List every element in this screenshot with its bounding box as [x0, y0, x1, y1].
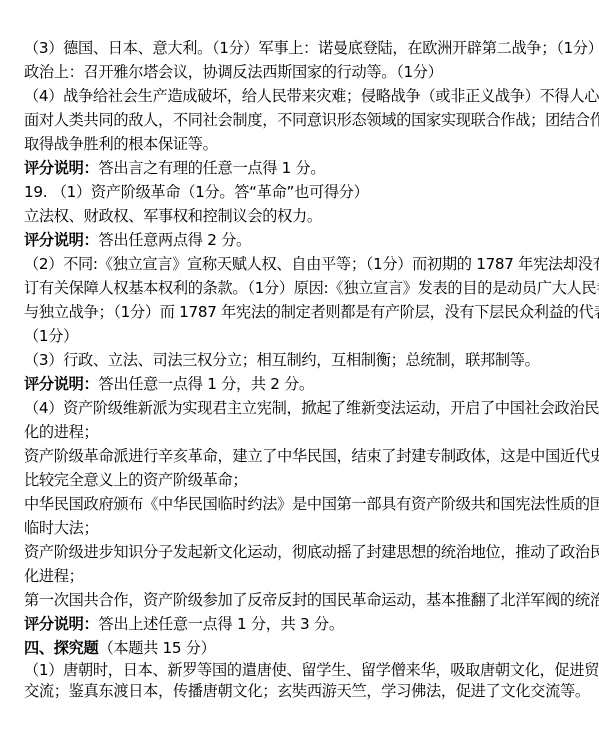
scoring-note-line: 评分说明：答出任意两点得 2 分。 [24, 228, 584, 252]
line-text: 订有关保障人权基本权利的条款。（1分）原因:《独立宣言》发表的目的是动员广大人民… [24, 279, 599, 297]
bold-label: 评分说明： [24, 231, 98, 249]
bold-label: 评分说明： [24, 375, 98, 393]
line-text: 中华民国政府颁布《中华民国临时约法》是中国第一部具有资产阶级共和国宪法性质的国家 [24, 495, 599, 513]
text-line: 面对人类共同的敌人，不同社会制度，不同意识形态领域的国家实现联合作战；团结合作是 [24, 108, 584, 132]
line-text: （2）不同:《独立宣言》宣称天赋人权、自由平等；（1分）而初期的 1787 年宪… [24, 255, 599, 273]
line-text: 取得战争胜利的根本保证等。 [24, 135, 218, 153]
scoring-note-line: 评分说明：答出任意一点得 1 分，共 2 分。 [24, 372, 584, 396]
answer-document: （3）德国、日本、意大利。（1分）军事上：诺曼底登陆，在欧洲开辟第二战争；（1分… [24, 36, 584, 702]
text-line: 化进程； [24, 564, 584, 588]
scoring-note-line: 评分说明：答出言之有理的任意一点得 1 分。 [24, 156, 584, 180]
line-text: 临时大法； [24, 519, 98, 537]
line-text: （3）行政、立法、司法三权分立；相互制约，互相制衡；总统制，联邦制等。 [24, 351, 540, 369]
text-line: （3）行政、立法、司法三权分立；相互制约，互相制衡；总统制，联邦制等。 [24, 348, 584, 372]
line-text: （3）德国、日本、意大利。（1分）军事上：诺曼底登陆，在欧洲开辟第二战争；（1分… [24, 39, 599, 57]
line-text: 19. （1）资产阶级革命（1分。答“革命”也可得分） [24, 183, 369, 201]
text-line: （4）战争给社会生产造成破坏，给人民带来灾难；侵略战争（或非正义战争）不得人心； [24, 84, 584, 108]
line-text: 化进程； [24, 567, 84, 585]
text-line: 与独立战争；（1分）而 1787 年宪法的制定者则都是有产阶层，没有下层民众利益… [24, 300, 584, 324]
text-line: （3）德国、日本、意大利。（1分）军事上：诺曼底登陆，在欧洲开辟第二战争；（1分… [24, 36, 584, 60]
scoring-note-line: 评分说明：答出上述任意一点得 1 分，共 3 分。 [24, 612, 584, 636]
text-line: 立法权、财政权、军事权和控制议会的权力。 [24, 204, 584, 228]
text-line: 资产阶级革命派进行辛亥革命，建立了中华民国，结束了封建专制政体，这是中国近代史上 [24, 444, 584, 468]
text-line: （4）资产阶级维新派为实现君主立宪制，掀起了维新变法运动，开启了中国社会政治民主 [24, 396, 584, 420]
text-line: 资产阶级进步知识分子发起新文化运动，彻底动摇了封建思想的统治地位，推动了政治民主 [24, 540, 584, 564]
line-text: 面对人类共同的敌人，不同社会制度，不同意识形态领域的国家实现联合作战；团结合作是 [24, 111, 599, 129]
text-line: 化的进程； [24, 420, 584, 444]
line-text: 答出任意一点得 1 分，共 2 分。 [98, 375, 314, 393]
bold-label: 评分说明： [24, 615, 98, 633]
text-line: 取得战争胜利的根本保证等。 [24, 132, 584, 156]
text-line: （1）唐朝时，日本、新罗等国的遣唐使、留学生、留学僧来华，吸取唐朝文化，促进贸易 [24, 660, 584, 681]
text-line: （1分） [24, 324, 584, 348]
line-text: （4）战争给社会生产造成破坏，给人民带来灾难；侵略战争（或非正义战争）不得人心； [24, 87, 599, 105]
line-text: 资产阶级进步知识分子发起新文化运动，彻底动摇了封建思想的统治地位，推动了政治民主 [24, 543, 599, 561]
scoring-note-line: 四、探究题（本题共 15 分） [24, 636, 584, 660]
line-text: 答出言之有理的任意一点得 1 分。 [98, 159, 325, 177]
line-text: （本题共 15 分） [98, 639, 215, 657]
text-line: 交流；鉴真东渡日本，传播唐朝文化；玄奘西游天竺，学习佛法，促进了文化交流等。 [24, 681, 584, 702]
text-line: 政治上：召开雅尔塔会议，协调反法西斯国家的行动等。（1分） [24, 60, 584, 84]
bold-label: 评分说明： [24, 159, 98, 177]
bold-label: 四、探究题 [24, 639, 98, 657]
line-text: 答出上述任意一点得 1 分，共 3 分。 [98, 615, 343, 633]
text-line: 第一次国共合作，资产阶级参加了反帝反封的国民革命运动，基本推翻了北洋军阀的统治等… [24, 588, 584, 612]
line-text: 政治上：召开雅尔塔会议，协调反法西斯国家的行动等。（1分） [24, 63, 443, 81]
text-line: 19. （1）资产阶级革命（1分。答“革命”也可得分） [24, 180, 584, 204]
line-text: 与独立战争；（1分）而 1787 年宪法的制定者则都是有产阶层，没有下层民众利益… [24, 303, 599, 321]
text-line: 临时大法； [24, 516, 584, 540]
line-text: 资产阶级革命派进行辛亥革命，建立了中华民国，结束了封建专制政体，这是中国近代史上 [24, 447, 599, 465]
text-line: 中华民国政府颁布《中华民国临时约法》是中国第一部具有资产阶级共和国宪法性质的国家 [24, 492, 584, 516]
text-line: （2）不同:《独立宣言》宣称天赋人权、自由平等；（1分）而初期的 1787 年宪… [24, 252, 584, 276]
line-text: 第一次国共合作，资产阶级参加了反帝反封的国民革命运动，基本推翻了北洋军阀的统治等… [24, 591, 599, 609]
text-line: 订有关保障人权基本权利的条款。（1分）原因:《独立宣言》发表的目的是动员广大人民… [24, 276, 584, 300]
line-text: 交流；鉴真东渡日本，传播唐朝文化；玄奘西游天竺，学习佛法，促进了文化交流等。 [24, 682, 590, 700]
line-text: （1）唐朝时，日本、新罗等国的遣唐使、留学生、留学僧来华，吸取唐朝文化，促进贸易 [24, 661, 599, 679]
line-text: （4）资产阶级维新派为实现君主立宪制，掀起了维新变法运动，开启了中国社会政治民主 [24, 399, 599, 417]
line-text: 立法权、财政权、军事权和控制议会的权力。 [24, 207, 322, 225]
text-line: 比较完全意义上的资产阶级革命； [24, 468, 584, 492]
line-text: （1分） [24, 327, 78, 345]
line-text: 化的进程； [24, 423, 98, 441]
line-text: 比较完全意义上的资产阶级革命； [24, 471, 247, 489]
line-text: 答出任意两点得 2 分。 [98, 231, 250, 249]
